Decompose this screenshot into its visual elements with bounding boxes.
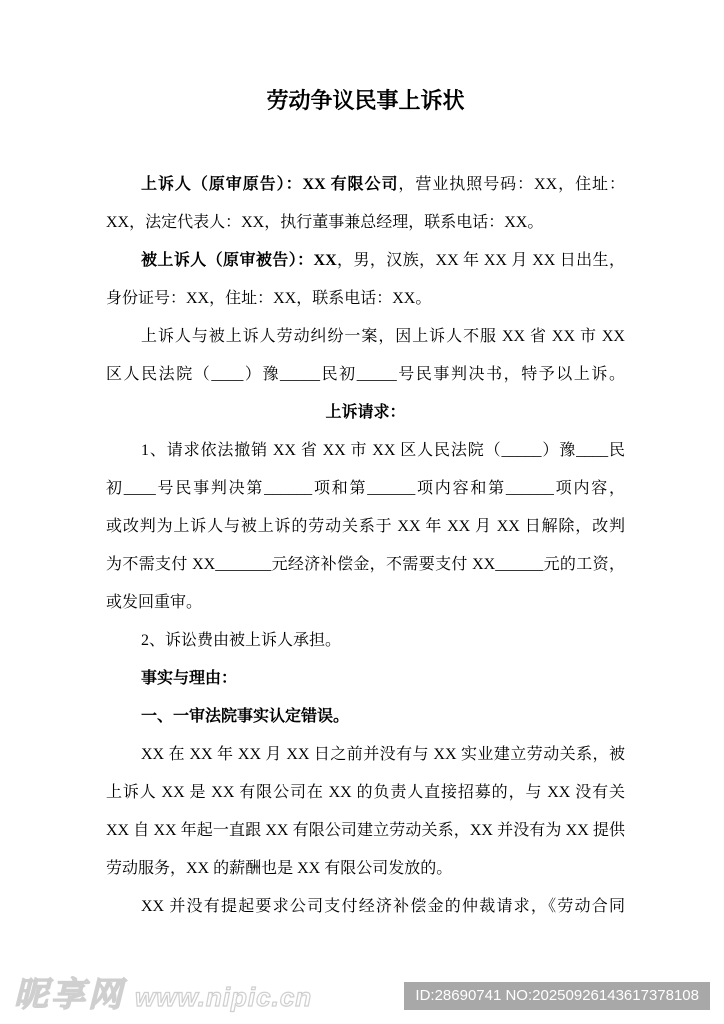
appeal-requests-heading: 上诉请求： — [106, 394, 625, 432]
fact-paragraph-1-line-2: 上诉人 XX 是 XX 有限公司在 XX 的负责人直接招募的，与 XX 没有关系… — [106, 774, 625, 812]
nipic-watermark: 昵享网www.nipic.cn — [14, 967, 312, 1016]
request-2-line: 2、诉讼费由被上诉人承担。 — [106, 622, 625, 660]
appellee-line-1: 被上诉人（原审被告）：XX，男，汉族，XX 年 XX 月 XX 日出生， — [106, 242, 625, 280]
fact-paragraph-1-line-1: XX 在 XX 年 XX 月 XX 日之前并没有与 XX 实业建立劳动关系，被 — [106, 736, 625, 774]
case-summary-line-2: 区人民法院（____）豫_____民初_____号民事判决书，特予以上诉。 — [106, 356, 625, 394]
reason-1-heading: 一、一审法院事实认定错误。 — [106, 698, 625, 736]
nipic-logo-text: 昵享网 — [14, 976, 125, 1014]
nipic-site-url: www.nipic.cn — [135, 982, 312, 1012]
facts-reasons-heading: 事实与理由： — [106, 660, 625, 698]
request-1-line-1: 1、请求依法撤销 XX 省 XX 市 XX 区人民法院（_____）豫____民 — [106, 432, 625, 470]
appellant-line-1-text: ，营业执照号码：XX，住址： — [398, 176, 625, 193]
fact-paragraph-1-line-4: 劳动服务，XX 的薪酬也是 XX 有限公司发放的。 — [106, 850, 625, 888]
appellee-line-1-text: ，男，汉族，XX 年 XX 月 XX 日出生， — [337, 252, 625, 269]
appellant-label: 上诉人（原审原告）：XX 有限公司 — [141, 176, 398, 193]
appellant-line-1: 上诉人（原审原告）：XX 有限公司，营业执照号码：XX，住址： — [106, 166, 625, 204]
appellant-line-2: XX，法定代表人：XX，执行董事兼总经理，联系电话：XX。 — [106, 204, 625, 242]
request-1-line-4: 为不需支付 XX_______元经济补偿金，不需要支付 XX______元的工资… — [106, 546, 625, 584]
request-1-line-3: 或改判为上诉人与被上诉的劳动关系于 XX 年 XX 月 XX 日解除，改判 — [106, 508, 625, 546]
document-page: 劳动争议民事上诉状 上诉人（原审原告）：XX 有限公司，营业执照号码：XX，住址… — [0, 0, 724, 1024]
case-summary-line-1: 上诉人与被上诉人劳动纠纷一案，因上诉人不服 XX 省 XX 市 XX — [106, 318, 625, 356]
request-1-line-5: 或发回重审。 — [106, 584, 625, 622]
request-1-line-2: 初____号民事判决第______项和第______项内容和第______项内容… — [106, 470, 625, 508]
document-body: 上诉人（原审原告）：XX 有限公司，营业执照号码：XX，住址： XX，法定代表人… — [106, 166, 625, 926]
document-title: 劳动争议民事上诉状 — [106, 86, 625, 116]
fact-paragraph-1-line-3: XX 自 XX 年起一直跟 XX 有限公司建立劳动关系，XX 并没有为 XX 提… — [106, 812, 625, 850]
image-id-badge: ID:28690741 NO:20250926143617378108 — [404, 982, 710, 1010]
fact-paragraph-2-line-1: XX 并没有提起要求公司支付经济补偿金的仲裁请求，《劳动合同 — [106, 888, 625, 926]
appellee-label: 被上诉人（原审被告）：XX — [141, 252, 337, 269]
appellee-line-2: 身份证号：XX，住址：XX，联系电话：XX。 — [106, 280, 625, 318]
